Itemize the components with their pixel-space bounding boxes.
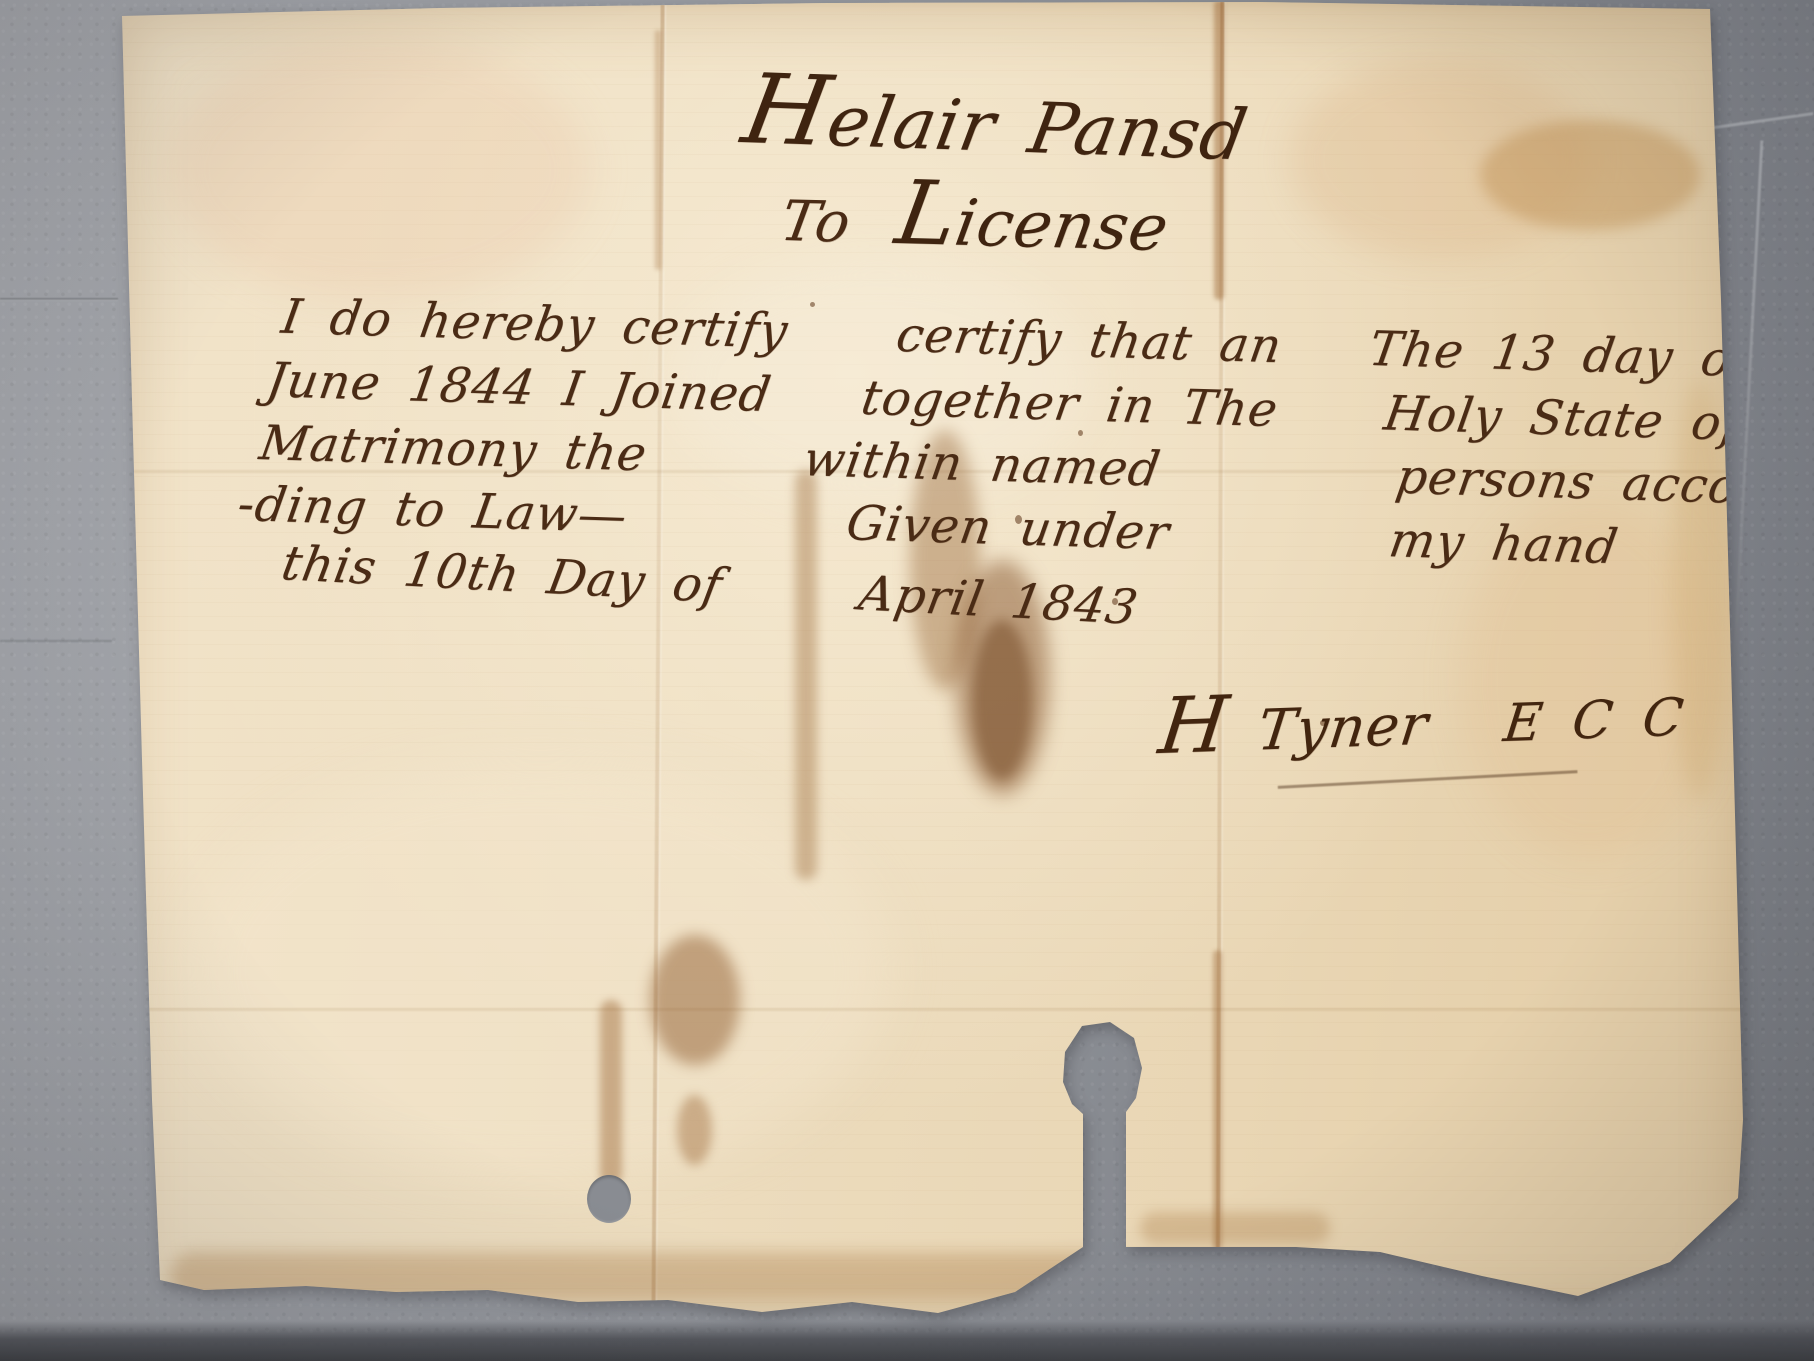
document-paper: Helair Pansd To License I do hereby cert…: [110, 0, 1756, 1332]
surface-seam-left: [0, 298, 118, 301]
row3-right: persons accor-: [1392, 449, 1783, 516]
docket-to-word: To: [776, 189, 856, 256]
surface-seam-left-2: [0, 640, 112, 642]
photo: { "document": { "heading": { "line1": "H…: [0, 0, 1814, 1361]
docket-license-word: License: [889, 161, 1178, 271]
row4-right: my hand: [1385, 512, 1622, 575]
bottom-shadow-strip: [0, 1321, 1814, 1361]
signature-name: H Tyner: [1154, 672, 1434, 772]
signature-line: H Tyner E C C: [1158, 664, 1685, 772]
signature-title: E C C: [1501, 688, 1688, 755]
row4-middle: Given under: [843, 495, 1174, 561]
fold-crease-horizontal-2: [110, 1008, 1756, 1011]
row3-left: Matrimony the: [256, 415, 651, 482]
docket-subtitle: To License: [781, 158, 1171, 271]
row3-middle: within named: [800, 431, 1165, 497]
row2-middle: together in The: [858, 370, 1282, 438]
row1-middle: certify that an: [893, 307, 1286, 374]
punch-hole-left: [587, 1175, 631, 1223]
row4-left: -ding to Law—: [234, 476, 632, 544]
row2-right: Holy State of: [1380, 385, 1744, 451]
row1-right: The 13 day of: [1365, 321, 1754, 388]
paper-sheet: Helair Pansd To License I do hereby cert…: [110, 0, 1756, 1332]
